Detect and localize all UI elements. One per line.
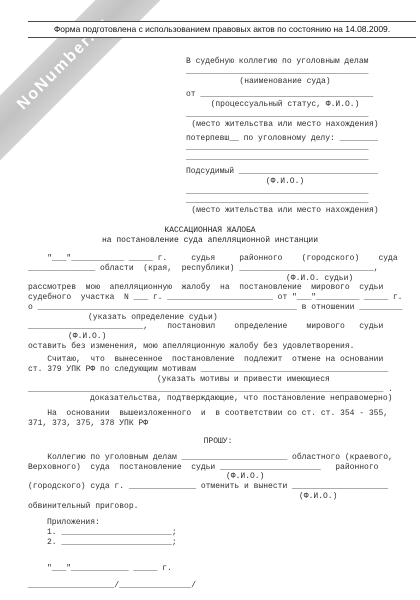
blank-line-4: ______________________________________ (186, 196, 384, 206)
attachment-item-1: 1. _______________________; (47, 528, 420, 538)
blank-line-1: ______________________________________ (186, 143, 384, 153)
fio-caption-body: (Ф.И.О.) (28, 332, 408, 342)
document-title-block: КАССАЦИОННАЯ ЖАЛОБА на постановление суд… (0, 226, 420, 245)
request-heading: ПРОШУ: (28, 437, 408, 447)
signature-line: __________________/_______________/ (28, 581, 420, 591)
fio-caption: (Ф.И.О.) (186, 177, 384, 187)
judge-fio-caption: (Ф.И.О. судьи) (28, 274, 408, 284)
addressee-block: В судебную коллегию по уголовным делам _… (186, 57, 384, 216)
body-line-articles: 371, 373, 375, 378 УПК РФ (28, 419, 408, 429)
attachments-block: Приложения: 1. _______________________; … (47, 518, 420, 547)
body-line-cancel: (городского) суда г. ______________ отме… (28, 482, 408, 492)
attachments-heading: Приложения: (47, 518, 420, 528)
ruling-caption: (указать определение судьи) (28, 313, 408, 323)
body-line-supreme: Верховного) суда постановление судьи ___… (28, 463, 408, 473)
motives-blank-line: ________________________________________… (28, 385, 408, 395)
from-blank: от ____________________________________ (186, 90, 384, 100)
body-line-article379: ст. 379 УПК РФ по следующим мотивам ____… (28, 365, 408, 375)
body-line-region: ______________ области (края, республики… (28, 264, 408, 274)
body-line-unchanged: оставить без изменения, мою апелляционну… (28, 342, 408, 352)
residence-caption-2: (место жительства или место нахождения) (186, 206, 384, 216)
court-collegium-line: В судебную коллегию по уголовным делам (186, 57, 384, 67)
body-line-basis: На основании вышеизложенного и в соответ… (28, 409, 408, 419)
victim-line: потерпевш__ по уголовному делу: ________ (186, 134, 384, 144)
fio-caption-request-1: (Ф.И.О.) (28, 472, 408, 482)
body-line-date-judge: "___"___________ _____ г. судья районног… (28, 254, 408, 264)
court-name-blank: ______________________________________ (186, 67, 384, 77)
blank-line-2: ______________________________________ (186, 153, 384, 163)
status-caption: (процессуальный статус, Ф.И.О.) (186, 100, 384, 110)
defendant-line: Подсудимый _____________________________ (186, 167, 384, 177)
date-line: "___"____________ _____ г. (47, 564, 420, 574)
residence-blank-1: ______________________________________ (186, 110, 384, 120)
court-name-caption: (наименование суда) (186, 77, 384, 87)
body-line-collegium: Коллегию по уголовным делам ____________… (28, 453, 408, 463)
document-title: КАССАЦИОННАЯ ЖАЛОБА (0, 226, 420, 236)
body-line-decided: ________________________, постановил опр… (28, 322, 408, 332)
attachment-item-2: 2. _______________________; (47, 538, 420, 548)
fio-caption-request-2: (Ф.И.О.) (28, 492, 408, 502)
body-line-regarding: о ______________________________________… (28, 303, 408, 313)
motives-caption: (указать мотивы и привести имеющиеся (28, 375, 408, 385)
document-page: NoNumber.ru Форма подготовлена с использ… (0, 0, 420, 600)
body-line-reviewed: рассмотрев мою апелляционную жалобу на п… (28, 283, 408, 293)
prepared-notice: Форма подготовлена с использованием прав… (28, 21, 416, 38)
body-line-precinct: судебного участка N ___ г. _____________… (28, 293, 408, 303)
document-body: "___"___________ _____ г. судья районног… (28, 254, 408, 511)
document-subtitle: на постановление суда апелляционной инст… (0, 236, 420, 246)
document-content: Форма подготовлена с использованием прав… (0, 21, 420, 591)
body-line-verdict: обвинительный приговор. (28, 502, 408, 512)
residence-caption-1: (место жительства или место нахождения) (186, 120, 384, 130)
evidence-caption: доказательства, подтверждающие, что пост… (28, 394, 408, 404)
blank-line-3: ______________________________________ (186, 187, 384, 197)
body-line-consider: Считаю, что вынесенное постановление под… (28, 355, 408, 365)
